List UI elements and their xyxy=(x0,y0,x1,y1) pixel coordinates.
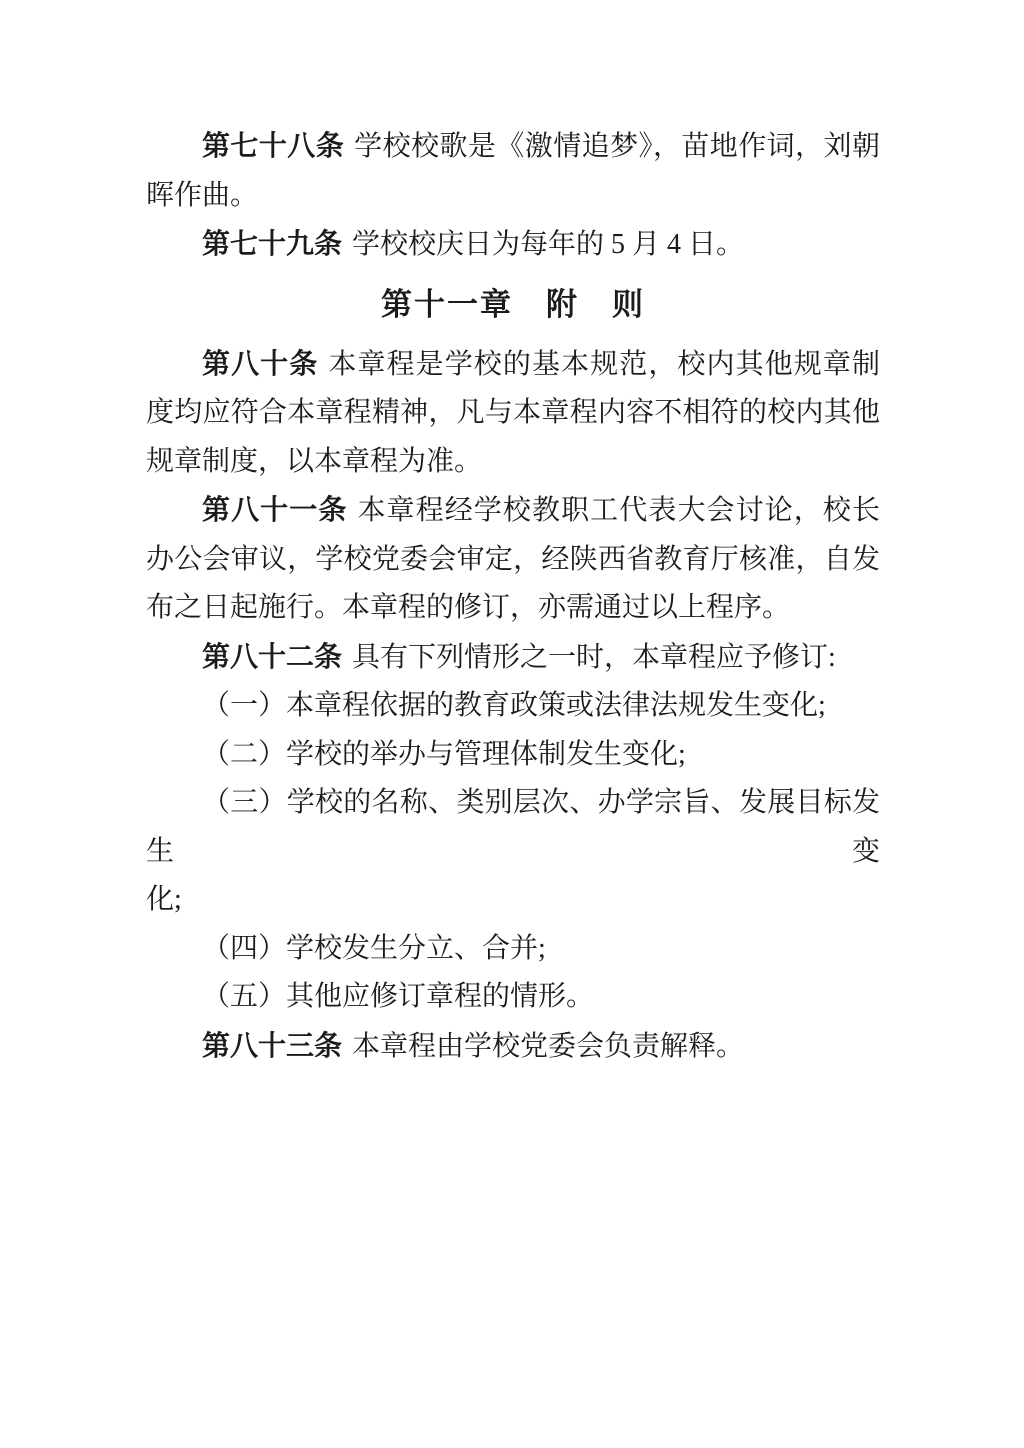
list-item-line: （四）学校发生分立、合并; xyxy=(146,925,880,974)
article-line: 第八十条本章程是学校的基本规范，校内其他规章制 xyxy=(146,340,880,390)
article-line: 晖作曲。 xyxy=(146,172,880,221)
article-number: 第七十九条 xyxy=(202,228,342,259)
list-item-line: （三）学校的名称、类别层次、办学宗旨、发展目标发生变 xyxy=(146,779,880,876)
article-number: 第七十八条 xyxy=(202,130,344,161)
document-body: 第七十八条学校校歌是《激情追梦》，苗地作词，刘朝晖作曲。第七十九条学校校庆日为每… xyxy=(146,122,880,1071)
article-line: 第七十八条学校校歌是《激情追梦》，苗地作词，刘朝 xyxy=(146,122,880,172)
article-number: 第八十条 xyxy=(202,348,318,379)
article-line: 办公会审议，学校党委会审定，经陕西省教育厅核准，自发 xyxy=(146,536,880,585)
article-number: 第八十二条 xyxy=(202,641,342,672)
list-item-line: （五）其他应修订章程的情形。 xyxy=(146,973,880,1022)
article-line: 第八十三条本章程由学校党委会负责解释。 xyxy=(146,1022,880,1072)
document-page: 第七十八条学校校歌是《激情追梦》，苗地作词，刘朝晖作曲。第七十九条学校校庆日为每… xyxy=(0,0,1024,1448)
list-item-line: （一）本章程依据的教育政策或法律法规发生变化; xyxy=(146,682,880,731)
article-line: 第八十一条本章程经学校教职工代表大会讨论，校长 xyxy=(146,486,880,536)
list-item-line: 化; xyxy=(146,876,880,925)
article-number: 第八十三条 xyxy=(202,1030,342,1061)
article-line: 第七十九条学校校庆日为每年的 5 月 4 日。 xyxy=(146,220,880,270)
article-line: 第八十二条具有下列情形之一时，本章程应予修订: xyxy=(146,633,880,683)
article-number: 第八十一条 xyxy=(202,494,347,525)
article-line: 度均应符合本章程精神，凡与本章程内容不相符的校内其他 xyxy=(146,389,880,438)
list-item-line: （二）学校的举办与管理体制发生变化; xyxy=(146,731,880,780)
chapter-heading: 第十一章 附 则 xyxy=(146,276,880,334)
article-line: 规章制度，以本章程为准。 xyxy=(146,438,880,487)
article-line: 布之日起施行。本章程的修订，亦需通过以上程序。 xyxy=(146,584,880,633)
